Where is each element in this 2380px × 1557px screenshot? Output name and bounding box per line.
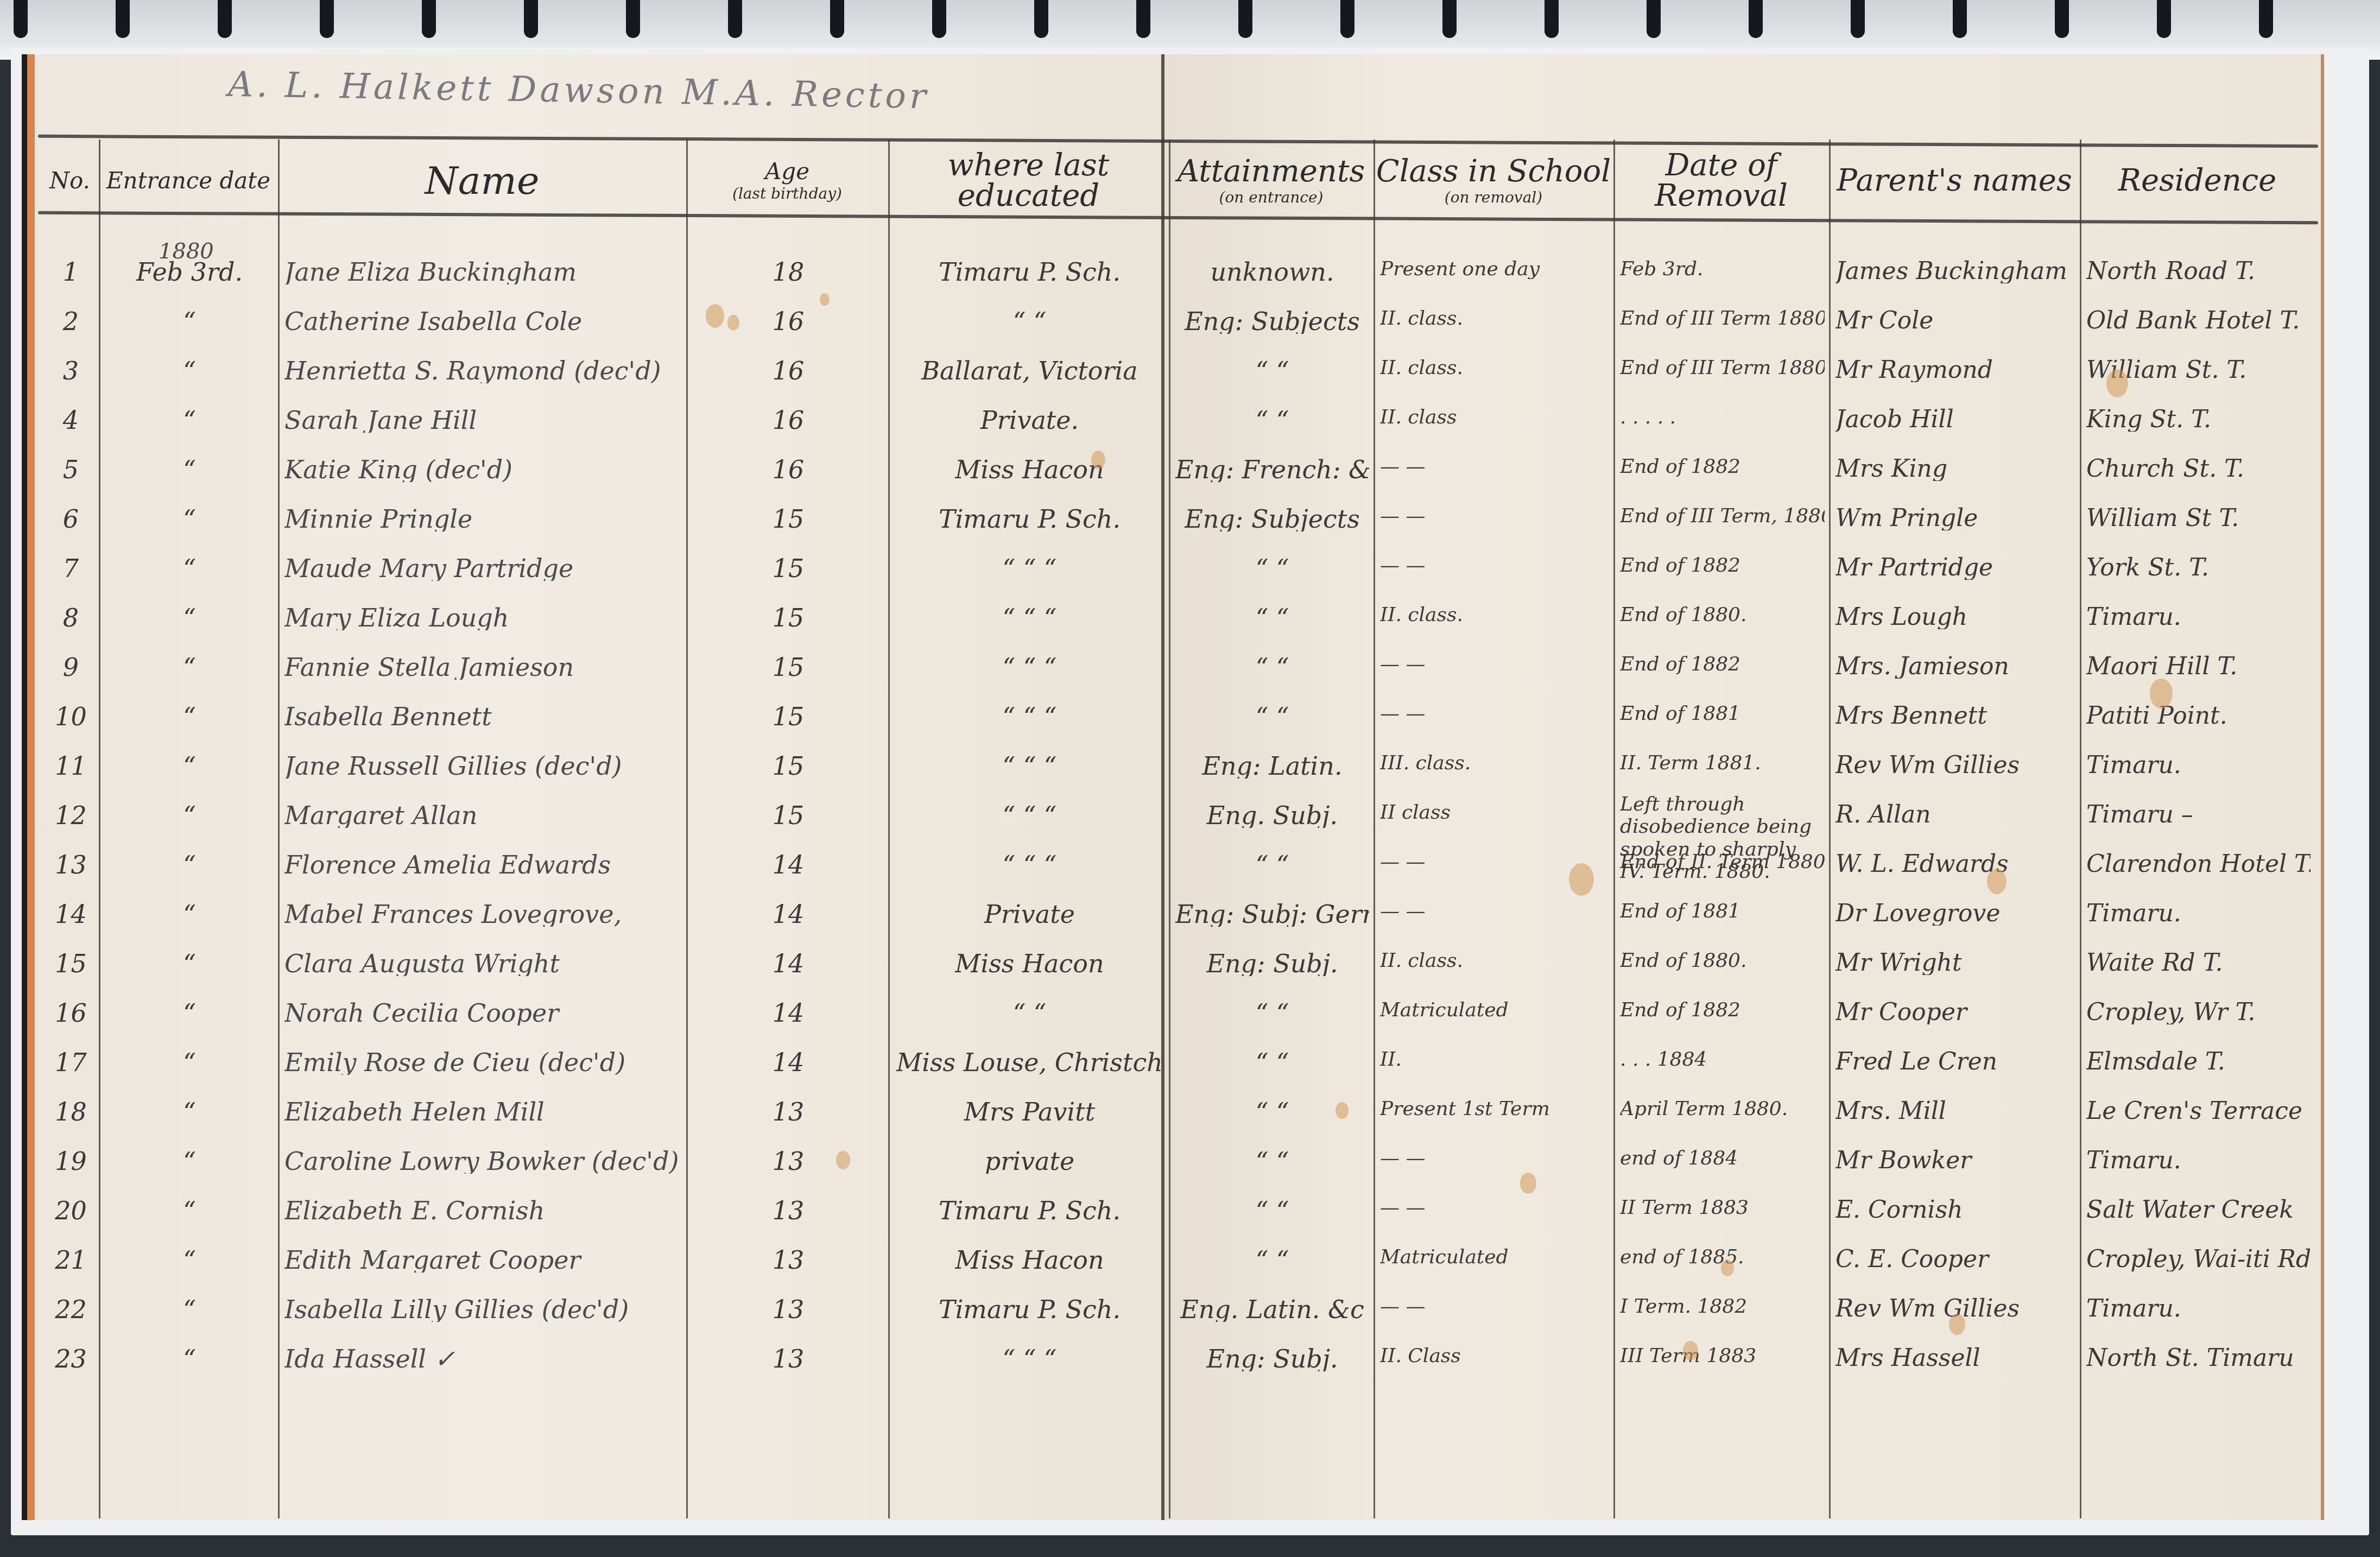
- parents-name: Rev Wm Gillies: [1835, 754, 2075, 777]
- pupil-name: Henrietta S. Raymond (dec'd): [284, 358, 682, 383]
- pupil-name: Isabella Lilly Gillies (dec'd): [284, 1297, 682, 1322]
- date-of-removal: End of 1880.: [1620, 951, 1825, 971]
- column-header-residence: Residence: [2080, 147, 2315, 214]
- attainments: “ “: [1175, 655, 1369, 680]
- binder-ring-icon: [320, 0, 334, 38]
- parents-name: Mrs Lough: [1835, 605, 2075, 629]
- pupil-name: Mabel Frances Lovegrove,: [284, 902, 682, 927]
- where-last-educated: Ballarat, Victoria: [895, 358, 1164, 383]
- row-number: 22: [47, 1297, 94, 1322]
- binder-ring-icon: [1136, 0, 1150, 38]
- date-of-removal: End of 1882: [1620, 1001, 1825, 1020]
- where-last-educated: “ “ “: [895, 852, 1164, 877]
- residence: York St. T.: [2086, 556, 2311, 580]
- column-rule: [2080, 140, 2081, 1518]
- entrance-date: “: [105, 309, 274, 334]
- date-of-removal: April Term 1880.: [1620, 1099, 1825, 1119]
- class-in-school: — —: [1380, 1149, 1609, 1168]
- row-number: 15: [47, 951, 94, 976]
- parents-name: Jacob Hill: [1835, 408, 2075, 432]
- entrance-date: “: [105, 1050, 274, 1075]
- binder-ring-icon: [1749, 0, 1763, 38]
- parents-name: Fred Le Cren: [1835, 1050, 2075, 1074]
- age: 14: [693, 852, 884, 877]
- where-last-educated: “ “: [895, 309, 1164, 334]
- row-number: 12: [47, 803, 94, 828]
- class-in-school: — —: [1380, 902, 1609, 921]
- attainments: “ “: [1175, 408, 1369, 433]
- foxing-stain: [706, 304, 724, 328]
- attainments: Eng: French: &c: [1175, 457, 1369, 482]
- row-number: 16: [47, 1001, 94, 1026]
- entrance-date: “: [105, 1198, 274, 1223]
- column-header-label: Parent's names: [1837, 166, 2072, 196]
- column-header-label: Attainments: [1178, 156, 1365, 187]
- entrance-date: “: [105, 1248, 274, 1273]
- row-number: 18: [47, 1099, 94, 1124]
- pupil-name: Clara Augusta Wright: [284, 951, 682, 976]
- column-header-no: No.: [41, 147, 99, 214]
- class-in-school: II. class.: [1380, 358, 1609, 378]
- entrance-date: “: [105, 1346, 274, 1371]
- parents-name: Wm Pringle: [1835, 507, 2075, 530]
- column-header-label: Class in School: [1376, 156, 1611, 187]
- pupil-name: Emily Rose de Cieu (dec'd): [284, 1050, 682, 1075]
- where-last-educated: Mrs Pavitt: [895, 1099, 1164, 1124]
- foxing-stain: [1091, 451, 1105, 469]
- date-of-removal: II Term 1883: [1620, 1198, 1825, 1218]
- date-of-removal: Feb 3rd.: [1620, 259, 1825, 279]
- attainments: Eng: Subj.: [1175, 1346, 1369, 1371]
- where-last-educated: “ “ “: [895, 704, 1164, 729]
- where-last-educated: Timaru P. Sch.: [895, 259, 1164, 284]
- residence: Elmsdale T.: [2086, 1050, 2311, 1074]
- column-rule: [1829, 140, 1831, 1518]
- row-number: 4: [47, 408, 94, 433]
- column-header-label: Residence: [2118, 166, 2277, 196]
- residence: Maori Hill T.: [2086, 655, 2311, 679]
- date-of-removal: End of III Term 1880: [1620, 358, 1825, 378]
- age: 15: [693, 605, 884, 630]
- attainments: “ “: [1175, 1149, 1369, 1174]
- age: 16: [693, 358, 884, 383]
- column-header-parents-names: Parent's names: [1829, 147, 2080, 214]
- class-in-school: — —: [1380, 1198, 1609, 1218]
- parents-name: E. Cornish: [1835, 1198, 2075, 1222]
- residence: King St. T.: [2086, 408, 2311, 432]
- entrance-date: “: [105, 556, 274, 581]
- row-number: 2: [47, 309, 94, 334]
- entrance-date: “: [105, 1297, 274, 1322]
- date-of-removal: II. Term 1881.: [1620, 754, 1825, 773]
- binder-ring-icon: [1340, 0, 1354, 38]
- row-number: 10: [47, 704, 94, 729]
- row-number: 9: [47, 655, 94, 680]
- column-header-age: Age(last birthday): [686, 147, 888, 214]
- pupil-name: Florence Amelia Edwards: [284, 852, 682, 877]
- age: 15: [693, 754, 884, 778]
- column-header-label: Entrance date: [106, 169, 270, 192]
- column-header-label: Age: [732, 160, 842, 183]
- age: 14: [693, 902, 884, 927]
- date-of-removal: End of 1882: [1620, 556, 1825, 575]
- entrance-date: “: [105, 605, 274, 630]
- parents-name: R. Allan: [1835, 803, 2075, 827]
- residence: Waite Rd T.: [2086, 951, 2311, 975]
- age: 13: [693, 1346, 884, 1371]
- residence: Cropley, Wr T.: [2086, 1001, 2311, 1024]
- binder-ring-icon: [1953, 0, 1967, 38]
- residence: Church St. T.: [2086, 457, 2311, 481]
- age: 14: [693, 951, 884, 976]
- pupil-name: Katie King (dec'd): [284, 457, 682, 482]
- binder-ring-icon: [422, 0, 436, 38]
- where-last-educated: Miss Louse, Christch: [895, 1050, 1164, 1075]
- entrance-date: “: [105, 408, 274, 433]
- binder-ring-icon: [932, 0, 946, 38]
- attainments: Eng: Subjects: [1175, 309, 1369, 334]
- entrance-date: “: [105, 1149, 274, 1174]
- pupil-name: Mary Eliza Lough: [284, 605, 682, 630]
- date-of-removal: End of II. Term 1880 [vid No. 90]: [1620, 852, 1825, 872]
- column-rule: [1373, 140, 1375, 1518]
- binder-ring-icon: [116, 0, 130, 38]
- row-number: 20: [47, 1198, 94, 1223]
- where-last-educated: “ “: [895, 1001, 1164, 1026]
- age: 13: [693, 1149, 884, 1174]
- column-header-sublabel: (last birthday): [732, 186, 842, 201]
- parents-name: Mrs Hassell: [1835, 1346, 2075, 1370]
- class-in-school: II. class.: [1380, 951, 1609, 971]
- entrance-date: “: [105, 1001, 274, 1026]
- age: 16: [693, 457, 884, 482]
- date-of-removal: . . . . .: [1620, 408, 1825, 427]
- age: 15: [693, 556, 884, 581]
- age: 15: [693, 803, 884, 828]
- attainments: Eng. Latin. &c: [1175, 1297, 1369, 1322]
- where-last-educated: “ “ “: [895, 556, 1164, 581]
- class-in-school: Present 1st Term: [1380, 1099, 1609, 1119]
- parents-name: C. E. Cooper: [1835, 1248, 2075, 1271]
- attainments: “ “: [1175, 852, 1369, 877]
- binder-ring-icon: [1034, 0, 1048, 38]
- class-in-school: II. class.: [1380, 605, 1609, 625]
- pupil-name: Elizabeth Helen Mill: [284, 1099, 682, 1124]
- parents-name: Mr Raymond: [1835, 358, 2075, 382]
- where-last-educated: Miss Hacon: [895, 1248, 1164, 1273]
- pupil-name: Catherine Isabella Cole: [284, 309, 682, 334]
- row-number: 3: [47, 358, 94, 383]
- parents-name: W. L. Edwards: [1835, 852, 2075, 876]
- foxing-stain: [1569, 863, 1594, 896]
- age: 15: [693, 507, 884, 531]
- class-in-school: II. Class: [1380, 1346, 1609, 1366]
- residence: Timaru.: [2086, 1149, 2311, 1173]
- foxing-stain: [2106, 369, 2128, 397]
- binder-ring-icon: [1238, 0, 1252, 38]
- parents-name: Mrs. Jamieson: [1835, 655, 2075, 679]
- foxing-stain: [1721, 1259, 1734, 1276]
- entrance-date: “: [105, 507, 274, 531]
- column-rule: [99, 140, 100, 1518]
- column-header-class-in-school: Class in School(on removal): [1373, 147, 1613, 214]
- column-header-where-last-educated: where last educated: [888, 147, 1169, 214]
- class-in-school: — —: [1380, 1297, 1609, 1317]
- pupil-name: Norah Cecilia Cooper: [284, 1001, 682, 1026]
- where-last-educated: “ “ “: [895, 754, 1164, 778]
- entrance-date: “: [105, 852, 274, 877]
- class-in-school: Matriculated: [1380, 1248, 1609, 1267]
- parents-name: James Buckingham: [1835, 259, 2075, 283]
- foxing-stain: [1520, 1173, 1536, 1194]
- entrance-date: “: [105, 803, 274, 828]
- entrance-date: “: [105, 655, 274, 680]
- column-header-sublabel: (on removal): [1376, 190, 1611, 205]
- attainments: “ “: [1175, 1001, 1369, 1026]
- parents-name: Mr Cole: [1835, 309, 2075, 333]
- class-in-school: Present one day: [1380, 259, 1609, 279]
- residence: Timaru.: [2086, 1297, 2311, 1321]
- binder-ring-icon: [1647, 0, 1661, 38]
- residence: Salt Water Creek: [2086, 1198, 2311, 1222]
- age: 13: [693, 1198, 884, 1223]
- entrance-date: “: [105, 704, 274, 729]
- date-of-removal: End of III Term, 1880: [1620, 507, 1825, 526]
- column-header-name: Name: [278, 147, 686, 214]
- entrance-date: “: [105, 902, 274, 927]
- where-last-educated: Timaru P. Sch.: [895, 1297, 1164, 1322]
- column-header-label: No.: [49, 169, 90, 192]
- foxing-stain: [836, 1151, 850, 1169]
- date-of-removal: end of 1884: [1620, 1149, 1825, 1168]
- where-last-educated: “ “ “: [895, 605, 1164, 630]
- age: 13: [693, 1248, 884, 1273]
- foxing-stain: [1335, 1102, 1349, 1119]
- entrance-date: “: [105, 457, 274, 482]
- column-rule: [278, 140, 280, 1518]
- binder-ring-icon: [524, 0, 538, 38]
- column-header-label: Date of Removal: [1613, 150, 1829, 211]
- attainments: “ “: [1175, 605, 1369, 630]
- binder-ring-icon: [728, 0, 742, 38]
- column-header-entrance-date: Entrance date: [99, 147, 278, 214]
- pupil-name: Margaret Allan: [284, 803, 682, 828]
- entrance-date: “: [105, 1099, 274, 1124]
- row-number: 13: [47, 852, 94, 877]
- pupil-name: Jane Russell Gillies (dec'd): [284, 754, 682, 778]
- residence: Old Bank Hotel T.: [2086, 309, 2311, 333]
- entrance-date: Feb 3rd.: [105, 259, 274, 284]
- class-in-school: — —: [1380, 704, 1609, 724]
- column-header-label: where last educated: [888, 150, 1169, 211]
- residence: Le Cren's Terrace: [2086, 1099, 2311, 1123]
- class-in-school: II. class: [1380, 408, 1609, 427]
- class-in-school: — —: [1380, 507, 1609, 526]
- entrance-date: “: [105, 754, 274, 778]
- age: 14: [693, 1001, 884, 1026]
- date-of-removal: End of 1882: [1620, 655, 1825, 674]
- attainments: “ “: [1175, 358, 1369, 383]
- date-of-removal: End of III Term 1880: [1620, 309, 1825, 328]
- column-rule: [1613, 140, 1615, 1518]
- binder-ring-icon: [1851, 0, 1865, 38]
- binder-ring-icon: [2157, 0, 2171, 38]
- residence: Patiti Point.: [2086, 704, 2311, 728]
- parents-name: Mr Partridge: [1835, 556, 2075, 580]
- where-last-educated: Private: [895, 902, 1164, 927]
- binder-ring-icon: [626, 0, 640, 38]
- attainments: Eng: Subj.: [1175, 951, 1369, 976]
- row-number: 1: [47, 259, 94, 284]
- class-in-school: II. class.: [1380, 309, 1609, 328]
- pupil-name: Minnie Pringle: [284, 507, 682, 531]
- column-header-label: Name: [425, 162, 540, 200]
- age: 14: [693, 1050, 884, 1075]
- age: 15: [693, 655, 884, 680]
- age: 18: [693, 259, 884, 284]
- attainments: “ “: [1175, 704, 1369, 729]
- pupil-name: Maude Mary Partridge: [284, 556, 682, 581]
- attainments: Eng: Subjects: [1175, 507, 1369, 531]
- class-in-school: II class: [1380, 803, 1609, 822]
- binder-ring-icon: [830, 0, 844, 38]
- residence: North St. Timaru: [2086, 1346, 2311, 1370]
- pupil-name: Isabella Bennett: [284, 704, 682, 729]
- class-in-school: II.: [1380, 1050, 1609, 1069]
- row-number: 17: [47, 1050, 94, 1075]
- attainments: “ “: [1175, 1050, 1369, 1075]
- foxing-stain: [2150, 679, 2173, 708]
- column-rule: [1169, 140, 1170, 1518]
- foxing-stain: [1949, 1314, 1965, 1335]
- date-of-removal: End of 1881: [1620, 704, 1825, 724]
- attainments: Eng: Subj: German: [1175, 902, 1369, 927]
- pupil-name: Elizabeth E. Cornish: [284, 1198, 682, 1223]
- age: 13: [693, 1297, 884, 1322]
- row-number: 11: [47, 754, 94, 778]
- row-number: 7: [47, 556, 94, 581]
- attainments: unknown.: [1175, 259, 1369, 284]
- where-last-educated: “ “ “: [895, 803, 1164, 828]
- date-of-removal: End of 1882: [1620, 457, 1825, 477]
- residence: Clarendon Hotel T.: [2086, 852, 2311, 876]
- column-header-attainments: Attainments(on entrance): [1169, 147, 1373, 214]
- binder-ring-icon: [218, 0, 232, 38]
- column-header-sublabel: (on entrance): [1178, 190, 1365, 205]
- residence: Timaru –: [2086, 803, 2311, 827]
- residence: Timaru.: [2086, 902, 2311, 926]
- parents-name: Mr Bowker: [1835, 1149, 2075, 1173]
- date-of-removal: . . . 1884: [1620, 1050, 1825, 1069]
- age: 15: [693, 704, 884, 729]
- pupil-name: Fannie Stella Jamieson: [284, 655, 682, 680]
- class-in-school: — —: [1380, 655, 1609, 674]
- attainments: “ “: [1175, 556, 1369, 581]
- column-rule: [686, 140, 688, 1518]
- pupil-name: Caroline Lowry Bowker (dec'd): [284, 1149, 682, 1174]
- attainments: Eng: Latin.: [1175, 754, 1369, 778]
- parents-name: Mr Wright: [1835, 951, 2075, 975]
- residence: North Road T.: [2086, 259, 2311, 283]
- where-last-educated: Miss Hacon: [895, 457, 1164, 482]
- pupil-name: Edith Margaret Cooper: [284, 1248, 682, 1273]
- date-of-removal: I Term. 1882: [1620, 1297, 1825, 1317]
- pupil-name: Jane Eliza Buckingham: [284, 259, 682, 284]
- row-number: 21: [47, 1248, 94, 1273]
- where-last-educated: Private.: [895, 408, 1164, 433]
- attainments: “ “: [1175, 1198, 1369, 1223]
- foxing-stain: [727, 315, 739, 331]
- binder-ring-icon: [14, 0, 28, 38]
- pupil-name: Sarah Jane Hill: [284, 408, 682, 433]
- row-number: 14: [47, 902, 94, 927]
- parents-name: Mrs King: [1835, 457, 2075, 481]
- entrance-date: “: [105, 358, 274, 383]
- parents-name: Dr Lovegrove: [1835, 902, 2075, 926]
- age: 16: [693, 408, 884, 433]
- residence: Timaru.: [2086, 754, 2311, 777]
- residence: Timaru.: [2086, 605, 2311, 629]
- entrance-date: “: [105, 951, 274, 976]
- where-last-educated: “ “ “: [895, 1346, 1164, 1371]
- class-in-school: III. class.: [1380, 754, 1609, 773]
- age: 13: [693, 1099, 884, 1124]
- residence: William St T.: [2086, 507, 2311, 530]
- row-number: 8: [47, 605, 94, 630]
- column-rule: [888, 140, 890, 1518]
- parents-name: Mrs. Mill: [1835, 1099, 2075, 1123]
- where-last-educated: Timaru P. Sch.: [895, 507, 1164, 531]
- binder-ring-icon: [2259, 0, 2273, 38]
- row-number: 19: [47, 1149, 94, 1174]
- binder-ring-icon: [2055, 0, 2069, 38]
- row-number: 23: [47, 1346, 94, 1371]
- binder-ring-icon: [1545, 0, 1559, 38]
- binder-ring-icon: [1442, 0, 1457, 38]
- residence: Cropley, Wai-iti Rd: [2086, 1248, 2311, 1271]
- row-number: 6: [47, 507, 94, 531]
- where-last-educated: Timaru P. Sch.: [895, 1198, 1164, 1223]
- class-in-school: — —: [1380, 457, 1609, 477]
- date-of-removal: End of 1880.: [1620, 605, 1825, 625]
- attainments: “ “: [1175, 1248, 1369, 1273]
- date-of-removal: End of 1881: [1620, 902, 1825, 921]
- foxing-stain: [1987, 869, 2006, 894]
- column-header-date-of-removal: Date of Removal: [1613, 147, 1829, 214]
- row-number: 5: [47, 457, 94, 482]
- class-in-school: Matriculated: [1380, 1001, 1609, 1020]
- pupil-name: Ida Hassell ✓: [284, 1346, 682, 1371]
- parents-name: Mr Cooper: [1835, 1001, 2075, 1024]
- class-in-school: — —: [1380, 556, 1609, 575]
- parents-name: Mrs Bennett: [1835, 704, 2075, 728]
- where-last-educated: “ “ “: [895, 655, 1164, 680]
- where-last-educated: Miss Hacon: [895, 951, 1164, 976]
- attainments: Eng. Subj.: [1175, 803, 1369, 828]
- date-of-removal: III Term 1883: [1620, 1346, 1825, 1366]
- where-last-educated: private: [895, 1149, 1164, 1174]
